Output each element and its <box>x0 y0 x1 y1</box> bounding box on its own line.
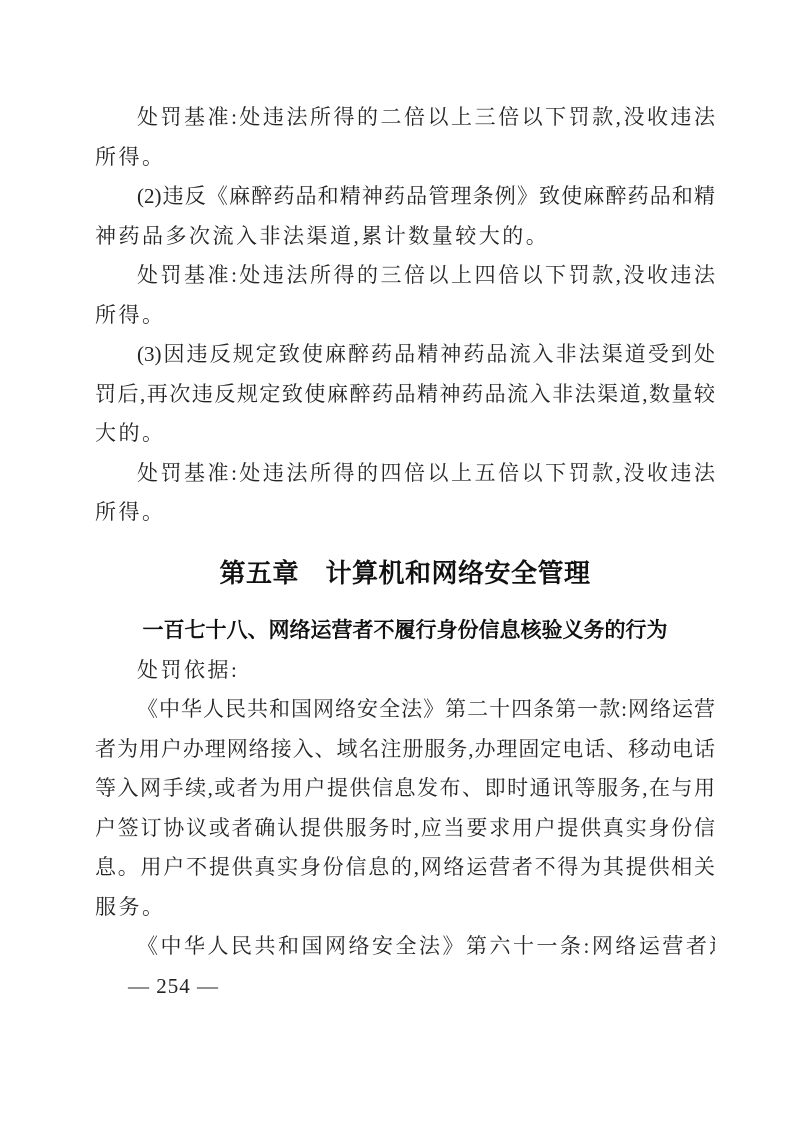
text-line: 户签订协议或者确认提供服务时,应当要求用户提供真实身份信 <box>95 809 715 849</box>
chapter-heading: 第五章 计算机和网络安全管理 <box>95 553 715 593</box>
paragraph: (3)因违反规定致使麻醉药品精神药品流入非法渠道受到处罚后,再次违反规定致使麻醉… <box>95 335 715 454</box>
text-line: 处罚基准:处违法所得的四倍以上五倍以下罚款,没收违法 <box>95 454 715 494</box>
text-line: 处罚依据: <box>95 651 715 691</box>
text-line: 大的。 <box>95 414 715 454</box>
section-heading: 一百七十八、网络运营者不履行身份信息核验义务的行为 <box>95 613 715 649</box>
text-line: 者为用户办理网络接入、域名注册服务,办理固定电话、移动电话 <box>95 730 715 770</box>
paragraph: 处罚基准:处违法所得的二倍以上三倍以下罚款,没收违法所得。 <box>95 98 715 177</box>
page-number: — 254 — <box>128 972 219 1000</box>
paragraph: (2)违反《麻醉药品和精神药品管理条例》致使麻醉药品和精神药品多次流入非法渠道,… <box>95 177 715 256</box>
paragraph: 处罚基准:处违法所得的四倍以上五倍以下罚款,没收违法所得。 <box>95 454 715 533</box>
text-line: 服务。 <box>95 888 715 928</box>
text-line: (2)违反《麻醉药品和精神药品管理条例》致使麻醉药品和精 <box>95 177 715 217</box>
paragraphs-before-chapter: 处罚基准:处违法所得的二倍以上三倍以下罚款,没收违法所得。(2)违反《麻醉药品和… <box>95 98 715 533</box>
paragraphs-after-section: 处罚依据:《中华人民共和国网络安全法》第二十四条第一款:网络运营者为用户办理网络… <box>95 651 715 967</box>
text-line: 罚后,再次违反规定致使麻醉药品精神药品流入非法渠道,数量较 <box>95 375 715 415</box>
text-line: 神药品多次流入非法渠道,累计数量较大的。 <box>95 217 715 257</box>
paragraph: 处罚基准:处违法所得的三倍以上四倍以下罚款,没收违法所得。 <box>95 256 715 335</box>
text-line: 息。用户不提供真实身份信息的,网络运营者不得为其提供相关 <box>95 848 715 888</box>
text-line: 处罚基准:处违法所得的二倍以上三倍以下罚款,没收违法 <box>95 98 715 138</box>
paragraph: 《中华人民共和国网络安全法》第六十一条:网络运营者违反 <box>95 927 715 967</box>
text-block: 处罚基准:处违法所得的二倍以上三倍以下罚款,没收违法所得。(2)违反《麻醉药品和… <box>95 98 715 967</box>
text-line: 处罚基准:处违法所得的三倍以上四倍以下罚款,没收违法 <box>95 256 715 296</box>
book-page: 处罚基准:处违法所得的二倍以上三倍以下罚款,没收违法所得。(2)违反《麻醉药品和… <box>0 0 793 1122</box>
paragraph: 《中华人民共和国网络安全法》第二十四条第一款:网络运营者为用户办理网络接入、域名… <box>95 690 715 927</box>
text-line: 所得。 <box>95 493 715 533</box>
text-line: 《中华人民共和国网络安全法》第二十四条第一款:网络运营 <box>95 690 715 730</box>
text-line: (3)因违反规定致使麻醉药品精神药品流入非法渠道受到处 <box>95 335 715 375</box>
paragraph: 处罚依据: <box>95 651 715 691</box>
text-line: 等入网手续,或者为用户提供信息发布、即时通讯等服务,在与用 <box>95 769 715 809</box>
text-line: 《中华人民共和国网络安全法》第六十一条:网络运营者违反 <box>95 927 715 967</box>
text-line: 所得。 <box>95 296 715 336</box>
text-line: 所得。 <box>95 138 715 178</box>
